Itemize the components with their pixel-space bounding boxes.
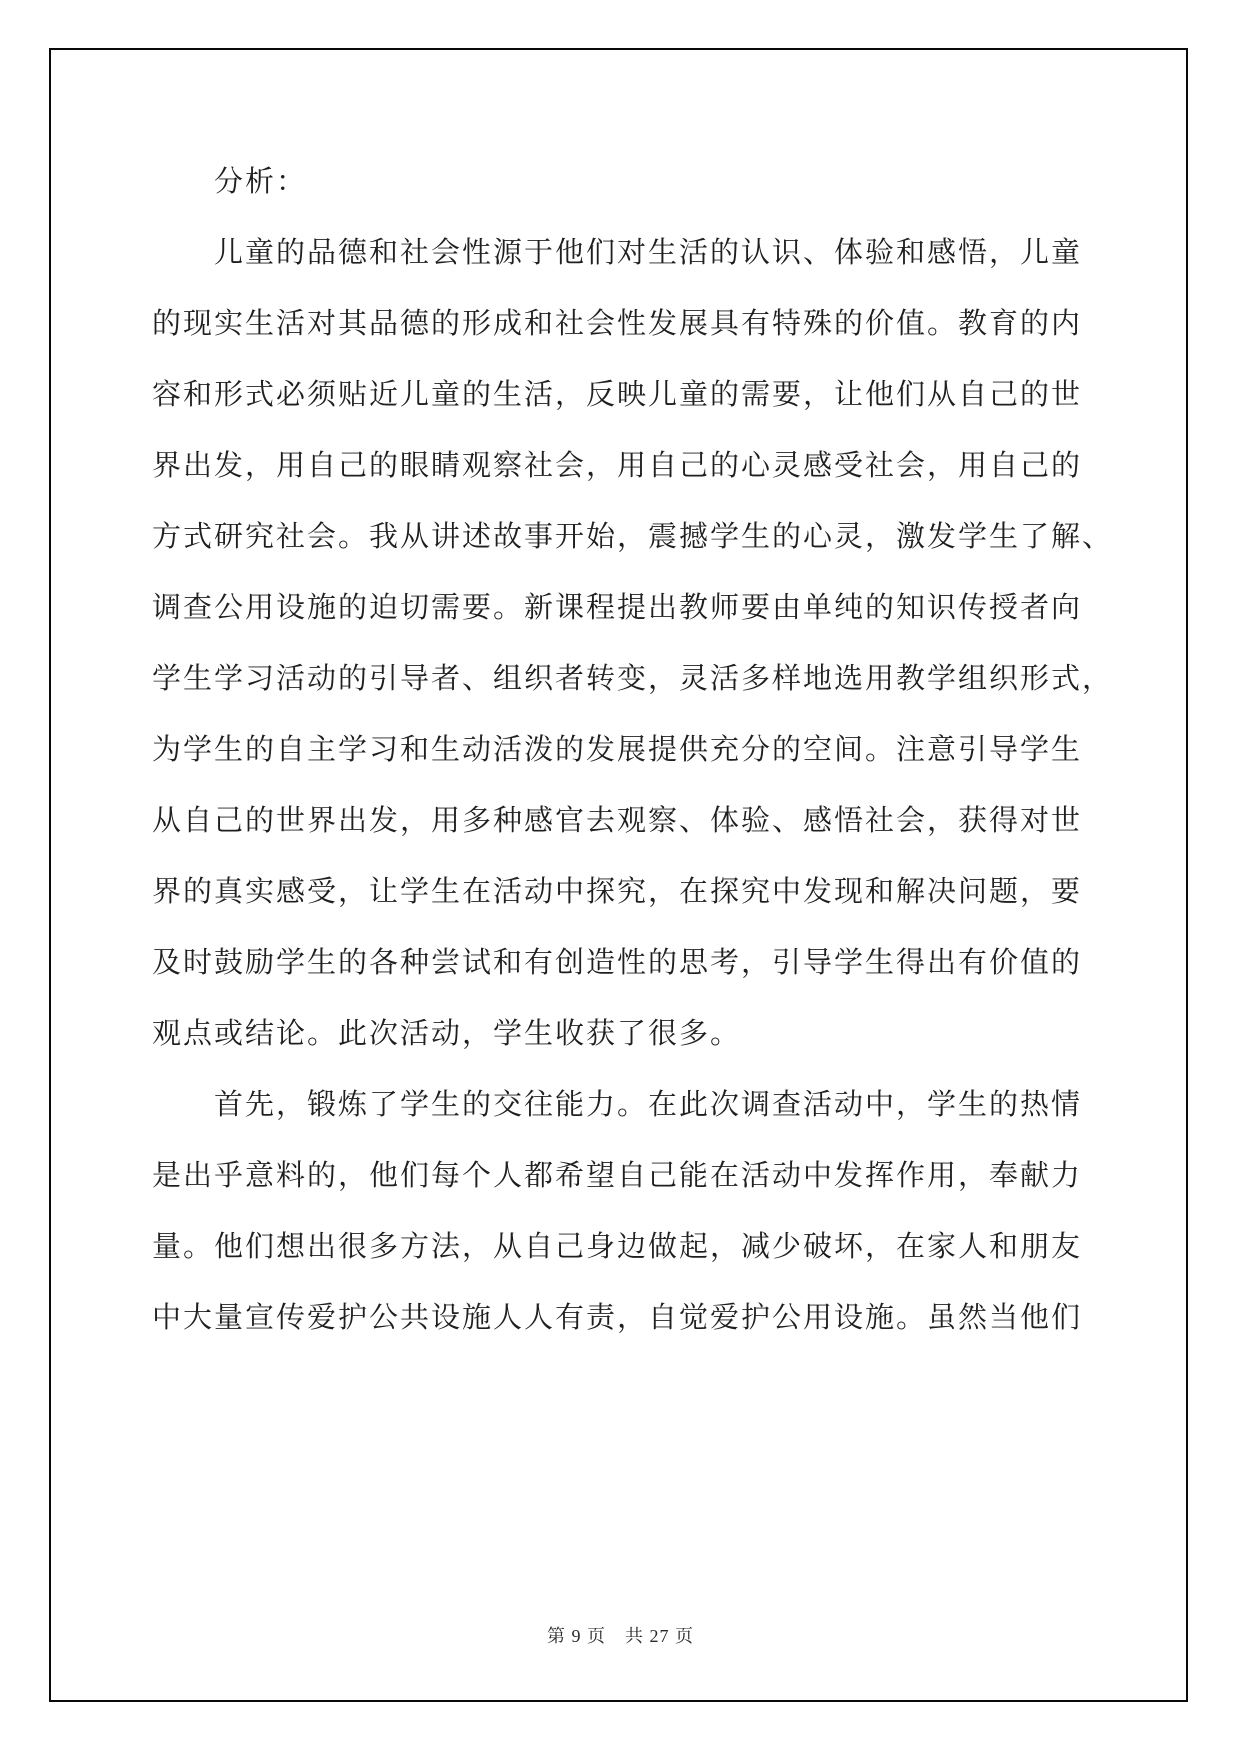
page-footer: 第 9 页 共 27 页 <box>0 1622 1241 1648</box>
text-line: 方式研究社会。我从讲述故事开始，震撼学生的心灵，激发学生了解、 <box>152 502 1081 573</box>
text-line: 从自己的世界出发，用多种感官去观察、体验、感悟社会，获得对世 <box>152 786 1081 857</box>
text-line: 分析： <box>152 147 1081 218</box>
text-line: 中大量宣传爱护公共设施人人有责，自觉爱护公用设施。虽然当他们 <box>152 1283 1081 1354</box>
text-line: 首先，锻炼了学生的交往能力。在此次调查活动中，学生的热情 <box>152 1070 1081 1141</box>
text-line: 及时鼓励学生的各种尝试和有创造性的思考，引导学生得出有价值的 <box>152 928 1081 999</box>
page-number-label: 第 9 页 共 27 页 <box>547 1626 694 1646</box>
document-body: 分析： 儿童的品德和社会性源于他们对生活的认识、体验和感悟，儿童 的现实生活对其… <box>152 147 1081 1354</box>
text-line: 容和形式必须贴近儿童的生活，反映儿童的需要，让他们从自己的世 <box>152 360 1081 431</box>
text-line: 为学生的自主学习和生动活泼的发展提供充分的空间。注意引导学生 <box>152 715 1081 786</box>
document-page: 分析： 儿童的品德和社会性源于他们对生活的认识、体验和感悟，儿童 的现实生活对其… <box>0 0 1241 1754</box>
text-line: 学生学习活动的引导者、组织者转变，灵活多样地选用教学组织形式， <box>152 644 1081 715</box>
text-line: 界的真实感受，让学生在活动中探究，在探究中发现和解决问题，要 <box>152 857 1081 928</box>
text-line: 观点或结论。此次活动，学生收获了很多。 <box>152 999 1081 1070</box>
text-line: 界出发，用自己的眼睛观察社会，用自己的心灵感受社会，用自己的 <box>152 431 1081 502</box>
text-line: 是出乎意料的，他们每个人都希望自己能在活动中发挥作用，奉献力 <box>152 1141 1081 1212</box>
text-line: 的现实生活对其品德的形成和社会性发展具有特殊的价值。教育的内 <box>152 289 1081 360</box>
text-line: 调查公用设施的迫切需要。新课程提出教师要由单纯的知识传授者向 <box>152 573 1081 644</box>
text-line: 量。他们想出很多方法，从自己身边做起，减少破坏，在家人和朋友 <box>152 1212 1081 1283</box>
text-line: 儿童的品德和社会性源于他们对生活的认识、体验和感悟，儿童 <box>152 218 1081 289</box>
